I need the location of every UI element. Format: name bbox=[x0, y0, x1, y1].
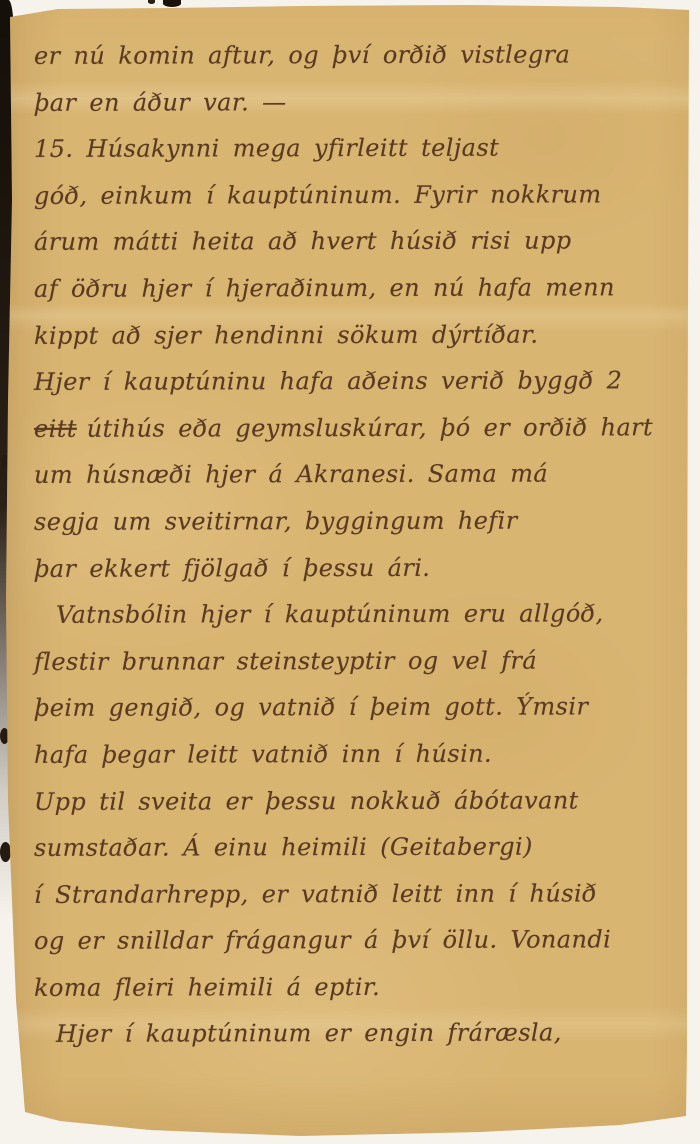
manuscript-line-text: er nú komin aftur, og því orðið vistlegr… bbox=[34, 40, 570, 69]
manuscript-line: Vatnsbólin hjer í kauptúninum eru allgóð… bbox=[34, 590, 700, 638]
manuscript-line: eittútihús eða geymsluskúrar, þó er orði… bbox=[34, 404, 700, 452]
manuscript-line-text: árum mátti heita að hvert húsið risi upp bbox=[34, 227, 572, 256]
scan-edge-mark bbox=[148, 0, 155, 4]
manuscript-line: þar en áður var. — bbox=[34, 78, 700, 126]
manuscript-line-text: Hjer í kauptúninu hafa aðeins verið bygg… bbox=[34, 366, 622, 396]
manuscript-line-text: Upp til sveita er þessu nokkuð ábótavant bbox=[34, 786, 579, 815]
handwritten-text-block: er nú komin aftur, og því orðið vistlegr… bbox=[0, 0, 700, 1057]
manuscript-line: segja um sveitirnar, byggingum hefir bbox=[34, 497, 700, 545]
manuscript-line: í Strandarhrepp, er vatnið leitt inn í h… bbox=[34, 870, 700, 918]
manuscript-line-text: útihús eða geymsluskúrar, þó er orðið ha… bbox=[87, 413, 653, 442]
manuscript-line-text: þeim gengið, og vatnið í þeim gott. Ýmsi… bbox=[34, 693, 588, 722]
manuscript-line-text: og er snilldar frágangur á því öllu. Von… bbox=[34, 926, 611, 956]
manuscript-line-text: koma fleiri heimili á eptir. bbox=[34, 973, 380, 1002]
manuscript-line: Hjer í kauptúninum er engin fráræsla, bbox=[34, 1010, 700, 1058]
manuscript-line: árum mátti heita að hvert húsið risi upp bbox=[34, 218, 700, 266]
manuscript-line: af öðru hjer í hjeraðinum, en nú hafa me… bbox=[34, 264, 700, 312]
manuscript-line: koma fleiri heimili á eptir. bbox=[34, 963, 700, 1011]
manuscript-line: þeim gengið, og vatnið í þeim gott. Ýmsi… bbox=[34, 683, 700, 731]
manuscript-line-text: 15. Húsakynni mega yfirleitt teljast bbox=[34, 134, 499, 163]
struck-word: eitt bbox=[34, 415, 77, 443]
manuscript-line: er nú komin aftur, og því orðið vistlegr… bbox=[34, 31, 700, 79]
manuscript-line: hafa þegar leitt vatnið inn í húsin. bbox=[34, 730, 700, 778]
manuscript-line: þar ekkert fjölgað í þessu ári. bbox=[34, 544, 700, 592]
manuscript-line-text: kippt að sjer hendinni sökum dýrtíðar. bbox=[34, 320, 538, 349]
manuscript-line-text: sumstaðar. Á einu heimili (Geitabergi) bbox=[34, 833, 533, 862]
manuscript-line-text: hafa þegar leitt vatnið inn í húsin. bbox=[34, 740, 492, 769]
manuscript-line: og er snilldar frágangur á því öllu. Von… bbox=[34, 916, 700, 964]
manuscript-line: góð, einkum í kauptúninum. Fyrir nokkrum bbox=[34, 171, 700, 219]
manuscript-page: er nú komin aftur, og því orðið vistlegr… bbox=[0, 0, 700, 1144]
scan-edge-mark bbox=[163, 0, 181, 7]
manuscript-line-text: Vatnsbólin hjer í kauptúninum eru allgóð… bbox=[56, 600, 604, 629]
manuscript-line-text: góð, einkum í kauptúninum. Fyrir nokkrum bbox=[34, 180, 602, 209]
manuscript-line: kippt að sjer hendinni sökum dýrtíðar. bbox=[34, 311, 700, 359]
manuscript-line-text: flestir brunnar steinsteyptir og vel frá bbox=[34, 646, 537, 675]
manuscript-line: Hjer í kauptúninu hafa aðeins verið bygg… bbox=[34, 357, 700, 405]
manuscript-line-text: þar en áður var. — bbox=[34, 88, 287, 117]
manuscript-line-text: þar ekkert fjölgað í þessu ári. bbox=[34, 553, 430, 582]
manuscript-line-text: í Strandarhrepp, er vatnið leitt inn í h… bbox=[34, 879, 597, 908]
manuscript-line-text: Hjer í kauptúninum er engin fráræsla, bbox=[56, 1019, 562, 1048]
binding-ink-spot bbox=[0, 842, 11, 862]
manuscript-line: flestir brunnar steinsteyptir og vel frá bbox=[34, 637, 700, 685]
manuscript-line: sumstaðar. Á einu heimili (Geitabergi) bbox=[34, 823, 700, 871]
manuscript-line: Upp til sveita er þessu nokkuð ábótavant bbox=[34, 777, 700, 825]
manuscript-line-text: segja um sveitirnar, byggingum hefir bbox=[34, 507, 518, 536]
manuscript-line: 15. Húsakynni mega yfirleitt teljast bbox=[34, 124, 700, 172]
manuscript-line-text: um húsnæði hjer á Akranesi. Sama má bbox=[34, 460, 548, 489]
manuscript-line-text: af öðru hjer í hjeraðinum, en nú hafa me… bbox=[34, 273, 615, 303]
manuscript-line: um húsnæði hjer á Akranesi. Sama má bbox=[34, 450, 700, 498]
